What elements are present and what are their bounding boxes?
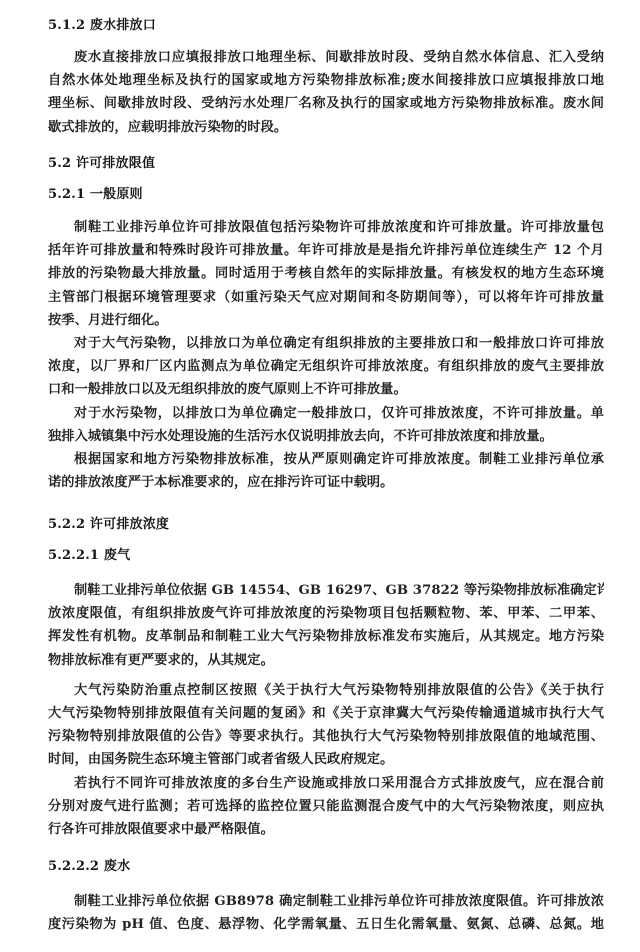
text-line: 分别对废气进行监测；若可选择的监控位置只能监测混合废气中的大气污染物浓度，则应执 bbox=[48, 795, 604, 818]
text-line: 对于水污染物，以排放口为单位确定一般排放口，仅许可排放浓度，不许可排放量。单 bbox=[48, 402, 604, 425]
section-heading-5-2-2: 5.2.2 许可排放浓度 bbox=[48, 513, 169, 532]
text-line: 时间，由国务院生态环境主管部门或者省级人民政府规定。 bbox=[48, 748, 604, 771]
text-line: 歇式排放的，应载明排放污染物的时段。 bbox=[48, 116, 604, 139]
text-line: 废水直接排放口应填报排放口地理坐标、间歇排放时段、受纳自然水体信息、汇入受纳 bbox=[48, 46, 604, 69]
text-line: 括年许可排放量和特殊时段许可排放量。年许可排放是是指允许排污单位连续生产 12 … bbox=[48, 239, 604, 262]
text-line: 对于大气污染物，以排放口为单位确定有组织排放的主要排放口和一般排放口许可排放 bbox=[48, 332, 604, 355]
text-line: 根据国家和地方污染物排放标准，按从严原则确定许可排放浓度。制鞋工业排污单位承 bbox=[48, 448, 604, 471]
text-line: 大气污染物特别排放限值有关问题的复函》和《关于京津冀大气污染传输通道城市执行大气 bbox=[48, 702, 604, 725]
text-line: 制鞋工业排污单位许可排放限值包括污染物许可排放浓度和许可排放量。许可排放量包 bbox=[48, 216, 604, 239]
text-line: 行各许可排放限值要求中最严格限值。 bbox=[48, 818, 604, 841]
text-line: 排放的污染物最大排放量。同时适用于考核自然年的实际排放量。有核发权的地方生态环境 bbox=[48, 262, 604, 285]
text-line: 物排放标准有更严要求的，从其规定。 bbox=[48, 649, 604, 672]
section-heading-5-1-2: 5.1.2 废水排放口 bbox=[48, 14, 156, 33]
text-line: 大气污染防治重点控制区按照《关于执行大气污染物特别排放限值的公告》《关于执行 bbox=[48, 679, 604, 702]
text-line: 口和一般排放口以及无组织排放的废气原则上不许可排放量。 bbox=[48, 378, 604, 401]
text-line: 主管部门根据环境管理要求（如重污染天气应对期间和冬防期间等），可以将年许可排放量 bbox=[48, 286, 604, 309]
paragraph-wastewater: 制鞋工业排污单位依据 GB8978 确定制鞋工业排污单位许可排放浓度限值。许可排… bbox=[48, 890, 604, 936]
text-line: 制鞋工业排污单位依据 GB8978 确定制鞋工业排污单位许可排放浓度限值。许可排… bbox=[48, 890, 604, 913]
text-line: 自然水体处地理坐标及执行的国家或地方污染物排放标准;废水间接排放口应填报排放口地 bbox=[48, 69, 604, 92]
text-line: 按季、月进行细化。 bbox=[48, 309, 604, 332]
text-line: 污染物特别排放限值的公告》等要求执行。其他执行大气污染物特别排放限值的地域范围、 bbox=[48, 725, 604, 748]
text-line: 诺的排放浓度严于本标准要求的，应在排污许可证中载明。 bbox=[48, 471, 604, 494]
section-heading-5-2-1: 5.2.1 一般原则 bbox=[48, 183, 143, 202]
text-line: 浓度，以厂界和厂区内监测点为单位确定无组织许可排放浓度。有组织排放的废气主要排放 bbox=[48, 355, 604, 378]
section-heading-5-2-2-1: 5.2.2.1 废气 bbox=[48, 544, 130, 563]
text-line: 制鞋工业排污单位依据 GB 14554、GB 16297、GB 37822 等污… bbox=[48, 579, 604, 602]
paragraph-general-principle: 制鞋工业排污单位许可排放限值包括污染物许可排放浓度和许可排放量。许可排放量包 括… bbox=[48, 216, 604, 494]
paragraph-wastewater-outlets: 废水直接排放口应填报排放口地理坐标、间歇排放时段、受纳自然水体信息、汇入受纳 自… bbox=[48, 46, 604, 139]
text-line: 理坐标、间歇排放时段、受纳污水处理厂名称及执行的国家或地方污染物排放标准。废水间 bbox=[48, 92, 604, 115]
text-line: 度污染物为 pH 值、色度、悬浮物、化学需氧量、五日生化需氧量、氨氮、总磷、总氮… bbox=[48, 913, 604, 936]
text-line: 挥发性有机物。皮革制品和制鞋工业大气污染物排放标准发布实施后，从其规定。地方污染 bbox=[48, 625, 604, 648]
section-heading-5-2-2-2: 5.2.2.2 废水 bbox=[48, 855, 130, 874]
section-heading-5-2: 5.2 许可排放限值 bbox=[48, 152, 155, 171]
paragraph-exhaust-gas: 制鞋工业排污单位依据 GB 14554、GB 16297、GB 37822 等污… bbox=[48, 579, 604, 841]
text-line: 放浓度限值，有组织排放废气许可排放浓度的污染物项目包括颗粒物、苯、甲苯、二甲苯、 bbox=[48, 602, 604, 625]
text-line: 若执行不同许可排放浓度的多台生产设施或排放口采用混合方式排放废气，应在混合前 bbox=[48, 772, 604, 795]
text-line: 独排入城镇集中污水处理设施的生活污水仅说明排放去向，不许可排放浓度和排放量。 bbox=[48, 425, 604, 448]
